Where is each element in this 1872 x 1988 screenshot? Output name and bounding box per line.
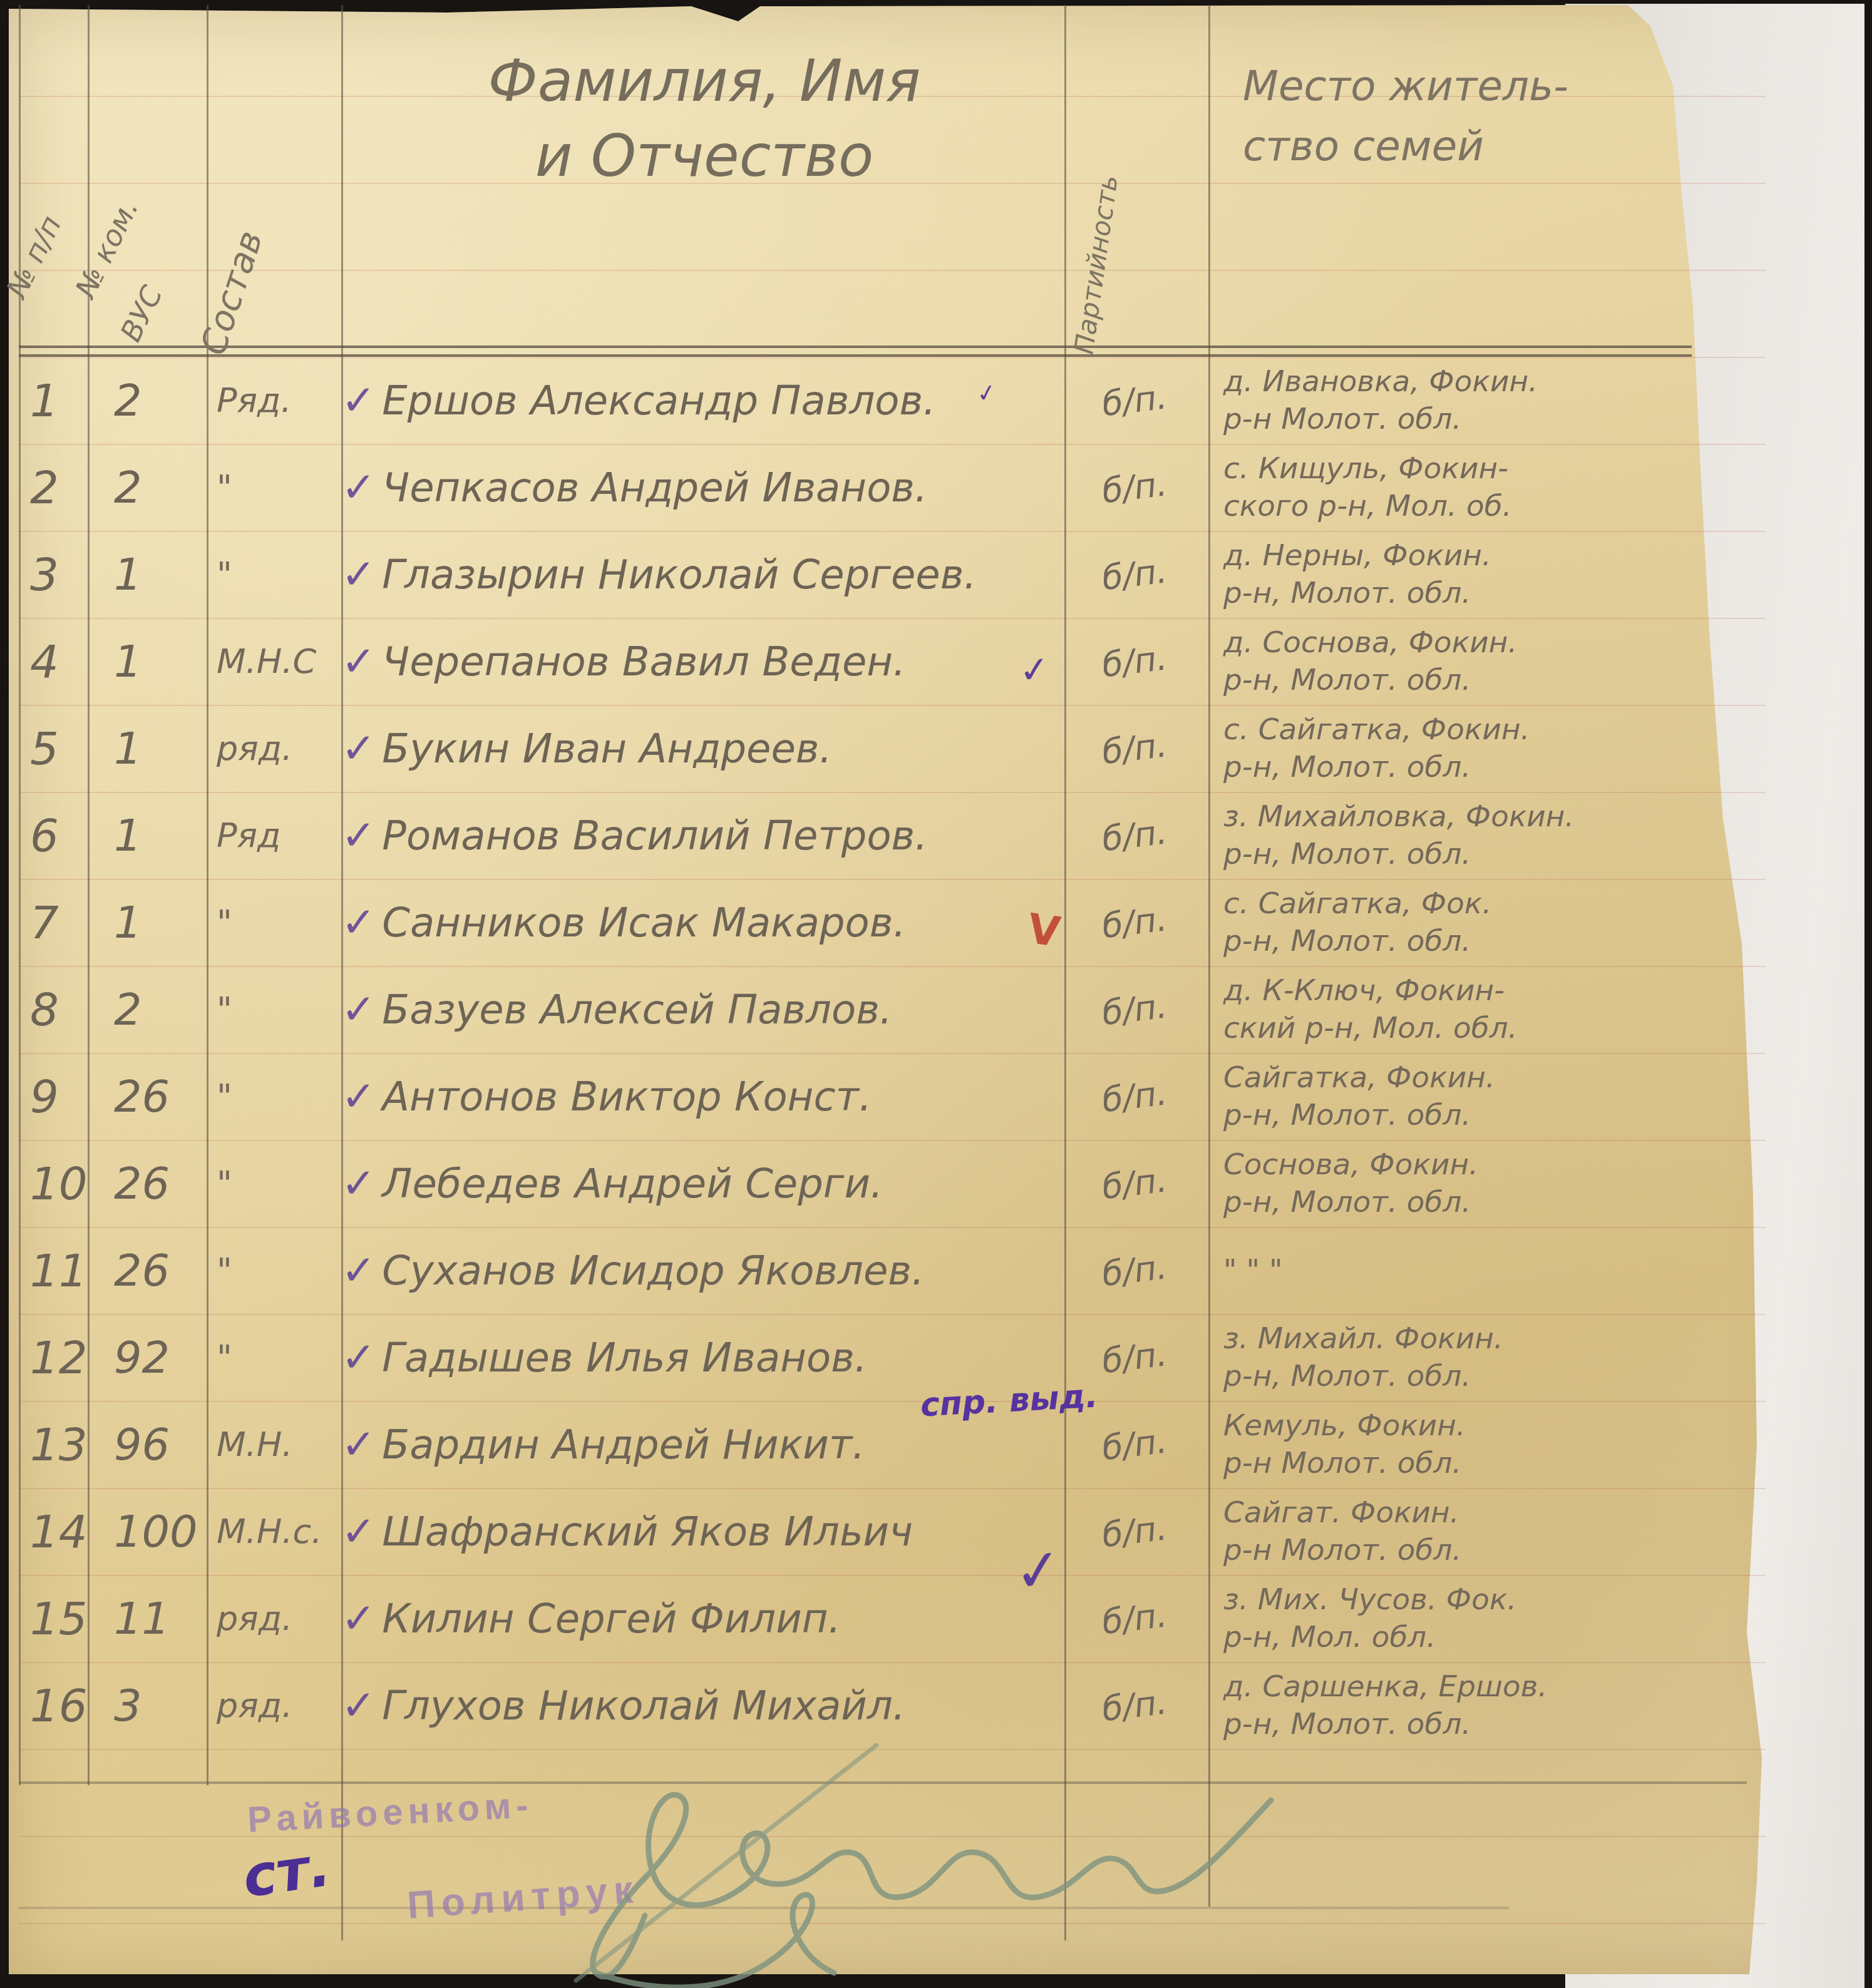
row-number: 11 [19,1244,88,1297]
ruled-line [19,270,1766,271]
vus-number: 96 [88,1419,207,1470]
row-number: 7 [19,896,88,949]
table-body: 1 2 Ряд. ✓Ершов Александр Павлов. б/п. д… [19,357,1797,1749]
residence-line2: р-н, Молот. обл. [1223,1184,1772,1221]
person-fullname: Букин Иван Андреев. [382,726,832,772]
person-fullname: Лебедев Андрей Серги. [382,1161,883,1207]
residence-cell: д. К-Ключ, Фокин- ский р-н, Мол. обл. [1208,972,1772,1047]
fullname-cell: ✓Романов Василий Петров. [341,811,1064,859]
header-fullname-line2: и Отчество [351,119,1058,194]
person-fullname: Глазырин Николай Сергеев. [382,552,976,598]
residence-cell: с. Сайгатка, Фок. р-н, Молот. обл. [1208,885,1772,960]
rank-category: " [207,1251,341,1290]
party-status: б/п. [1062,1590,1210,1647]
residence-cell: з. Михайловка, Фокин. р-н, Молот. обл. [1208,798,1772,873]
vus-number: 26 [88,1071,207,1122]
table-row: 1 2 Ряд. ✓Ершов Александр Павлов. б/п. д… [19,357,1797,444]
table-row: 6 1 Ряд ✓Романов Василий Петров. б/п. з.… [19,792,1797,879]
table-row: 14 100 М.Н.с. ✓Шафранский Яков Ильич б/п… [19,1488,1797,1575]
row-number: 6 [19,809,88,862]
checkmark-icon: ✓ [341,1507,376,1555]
checkmark-icon: ✓ [341,724,376,772]
row-number: 3 [19,548,88,601]
header-residence-line2: ство семей [1243,116,1719,177]
residence-line2: ского р-н, Мол. об. [1223,488,1772,525]
vus-number: 26 [88,1158,207,1209]
rank-category: " [207,1077,341,1116]
person-fullname: Базуев Алексей Павлов. [382,987,892,1033]
residence-line1: с. Кищуль, Фокин- [1223,450,1772,488]
party-status: б/п. [1062,1155,1210,1212]
residence-line2: р-н, Молот. обл. [1223,749,1772,786]
person-fullname: Чепкасов Андрей Иванов. [382,465,927,511]
person-fullname: Шафранский Яков Ильич [382,1509,913,1555]
fullname-cell: ✓Бардин Андрей Никит. [341,1420,1064,1468]
row-number: 13 [19,1418,88,1471]
person-fullname: Килин Сергей Филип. [382,1596,841,1642]
row-number: 8 [19,983,88,1036]
fullname-cell: ✓Глухов Николай Михайл. [341,1681,1064,1729]
vus-number: 2 [88,462,207,513]
checkmark-icon: ✓ [341,811,376,859]
table-row: 7 1 " ✓Санников Исак Макаров. б/п. с. Са… [19,879,1797,966]
checkmark-icon: ✓ [341,637,376,685]
vus-number: 2 [88,984,207,1035]
vus-number: 3 [88,1680,207,1731]
rank-category: " [207,555,341,594]
residence-line2: р-н, Молот. обл. [1223,575,1772,612]
header-col-fullname: Фамилия, Имя и Отчество [351,44,1058,194]
residence-line1: Сайгатка, Фокин. [1223,1059,1772,1097]
checkmark-icon: ✓ [341,463,376,511]
handwritten-st-prefix: ст. [239,1833,334,1910]
vus-number: 92 [88,1332,207,1383]
row-number: 5 [19,722,88,775]
header-residence-line1: Место житель- [1243,56,1719,116]
rank-category: Ряд. [207,381,341,420]
rank-category: ряд. [207,1599,341,1638]
row-number: 16 [19,1679,88,1732]
party-status: б/п. [1062,1068,1210,1125]
table-row: 15 11 ряд. ✓Килин Сергей Филип. б/п. з. … [19,1575,1797,1662]
fullname-cell: ✓Лебедев Андрей Серги. [341,1159,1064,1207]
party-status: б/п. [1062,1503,1210,1560]
checkmark-icon: ✓ [341,1159,376,1207]
residence-cell: з. Михайл. Фокин. р-н, Молот. обл. [1208,1320,1772,1395]
fullname-cell: ✓Букин Иван Андреев. [341,724,1064,772]
residence-line2: ский р-н, Мол. обл. [1223,1010,1772,1047]
rank-category: " [207,468,341,507]
residence-cell: Сайгат. Фокин. р-н Молот. обл. [1208,1494,1772,1569]
rank-category: ряд. [207,729,341,768]
residence-line1: с. Сайгатка, Фокин. [1223,711,1772,749]
vus-number: 26 [88,1245,207,1296]
residence-cell: Соснова, Фокин. р-н, Молот. обл. [1208,1146,1772,1221]
fullname-cell: ✓Шафранский Яков Ильич [341,1507,1064,1555]
table-row: 12 92 " ✓Гадышев Илья Иванов. б/п. з. Ми… [19,1314,1797,1401]
checkmark-icon: ✓ [341,376,376,424]
residence-line1: с. Сайгатка, Фок. [1223,885,1772,923]
checkmark-icon: ✓ [341,1420,376,1468]
rank-category: " [207,1338,341,1377]
signature-scrawl: Кузин (подпись) [551,1728,1365,1988]
residence-cell: " " " [1208,1252,1772,1289]
person-fullname: Черепанов Вавил Веден. [382,639,905,685]
person-fullname: Суханов Исидор Яковлев. [382,1248,924,1294]
checkmark-icon: ✓ [341,898,376,946]
person-fullname: Бардин Андрей Никит. [382,1422,865,1468]
person-fullname: Санников Исак Макаров. [382,900,906,946]
table-row: 13 96 М.Н. ✓Бардин Андрей Никит. б/п. Ке… [19,1401,1797,1488]
person-fullname: Гадышев Илья Иванов. [382,1335,867,1381]
party-status: б/п. [1062,720,1210,777]
vus-number: 11 [88,1593,207,1644]
rank-category: " [207,1164,341,1203]
residence-line1: Сайгат. Фокин. [1223,1494,1772,1532]
vus-number: 100 [88,1506,207,1557]
fullname-cell: ✓Килин Сергей Филип. [341,1594,1064,1642]
rank-category: ряд. [207,1686,341,1725]
person-fullname: Глухов Николай Михайл. [382,1683,905,1729]
table-row: 4 1 М.Н.С ✓Черепанов Вавил Веден. б/п. д… [19,618,1797,705]
residence-line1: д. Нерны, Фокин. [1223,537,1772,575]
checkmark-icon: ✓ [341,1072,376,1120]
residence-line1: " " " [1223,1252,1772,1289]
vus-number: 1 [88,810,207,861]
rank-category: М.Н. [207,1425,341,1464]
fullname-cell: ✓Санников Исак Макаров. [341,898,1064,946]
table-row: 3 1 " ✓Глазырин Николай Сергеев. б/п. д.… [19,531,1797,618]
rank-category: М.Н.с. [207,1512,341,1551]
fullname-cell: ✓Суханов Исидор Яковлев. [341,1246,1064,1294]
checkmark-icon: ✓ [341,985,376,1033]
residence-line1: Соснова, Фокин. [1223,1146,1772,1184]
checkmark-icon: ✓ [341,1246,376,1294]
residence-line2: р-н, Молот. обл. [1223,1097,1772,1134]
residence-cell: Сайгатка, Фокин. р-н, Молот. обл. [1208,1059,1772,1134]
table-row: 11 26 " ✓Суханов Исидор Яковлев. б/п. " … [19,1227,1797,1314]
residence-line1: Кемуль, Фокин. [1223,1407,1772,1445]
table-row: 9 26 " ✓Антонов Виктор Конст. б/п. Сайга… [19,1053,1797,1140]
vus-number: 2 [88,375,207,426]
checkmark-icon: ✓ [341,1594,376,1642]
header-separator-top [19,346,1692,348]
residence-cell: с. Кищуль, Фокин- ского р-н, Мол. об. [1208,450,1772,525]
table-row: 5 1 ряд. ✓Букин Иван Андреев. б/п. с. Са… [19,705,1797,792]
residence-line1: д. Саршенка, Ершов. [1223,1668,1772,1706]
residence-line2: р-н, Молот. обл. [1223,662,1772,699]
residence-cell: з. Мих. Чусов. Фок. р-н, Мол. обл. [1208,1581,1772,1656]
row-number: 4 [19,635,88,688]
residence-line1: д. Ивановка, Фокин. [1223,363,1772,401]
rank-category: Ряд [207,816,341,855]
residence-line1: з. Михайл. Фокин. [1223,1320,1772,1358]
residence-cell: д. Ивановка, Фокин. р-н Молот. обл. [1208,363,1772,438]
checkmark-icon: ✓ [341,550,376,598]
table-row: 10 26 " ✓Лебедев Андрей Серги. б/п. Сосн… [19,1140,1797,1227]
person-fullname: Антонов Виктор Конст. [382,1074,872,1120]
fullname-cell: ✓Антонов Виктор Конст. [341,1072,1064,1120]
party-status: б/п. [1062,633,1210,690]
residence-line1: з. Михайловка, Фокин. [1223,798,1772,836]
fullname-cell: ✓Базуев Алексей Павлов. [341,985,1064,1033]
party-status: б/п. [1062,1329,1210,1386]
residence-line1: з. Мих. Чусов. Фок. [1223,1581,1772,1619]
party-status: б/п. [1062,1677,1210,1734]
header-col-residence: Место житель- ство семей [1243,56,1719,177]
row-number: 2 [19,461,88,514]
table-row: 2 2 " ✓Чепкасов Андрей Иванов. б/п. с. К… [19,444,1797,531]
rank-category: " [207,990,341,1029]
fullname-cell: ✓Чепкасов Андрей Иванов. [341,463,1064,511]
person-fullname: Ершов Александр Павлов. [382,378,935,424]
rank-category: М.Н.С [207,642,341,681]
residence-cell: с. Сайгатка, Фокин. р-н, Молот. обл. [1208,711,1772,786]
row-number: 12 [19,1331,88,1384]
party-status: б/п. [1062,894,1210,951]
checkmark-icon: ✓ [341,1681,376,1729]
residence-line2: р-н Молот. обл. [1223,1445,1772,1482]
person-fullname: Романов Василий Петров. [382,813,927,859]
party-status: б/п. [1062,459,1210,516]
checkmark-icon: ✓ [341,1333,376,1381]
vus-number: 1 [88,897,207,948]
vus-number: 1 [88,636,207,687]
residence-line2: р-н Молот. обл. [1223,1532,1772,1569]
party-status: б/п. [1062,372,1210,429]
residence-line2: р-н, Молот. обл. [1223,923,1772,960]
rank-category: " [207,903,341,942]
row-number: 1 [19,374,88,427]
party-status: б/п. [1062,546,1210,603]
fullname-cell: ✓Ершов Александр Павлов. [341,376,1064,424]
residence-cell: д. Нерны, Фокин. р-н, Молот. обл. [1208,537,1772,612]
fullname-cell: ✓Черепанов Вавил Веден. [341,637,1064,685]
vus-number: 1 [88,723,207,774]
scanned-document-page: № п/п № ком. ВУС Состав Фамилия, Имя и О… [0,0,1872,1988]
party-status: б/п. [1062,981,1210,1038]
fullname-cell: ✓Гадышев Илья Иванов. [341,1333,1064,1381]
party-status: б/п. [1062,807,1210,864]
row-number: 9 [19,1070,88,1123]
residence-line2: р-н Молот. обл. [1223,401,1772,438]
party-status: б/п. [1062,1242,1210,1299]
residence-line1: д. Соснова, Фокин. [1223,624,1772,662]
residence-line2: р-н, Молот. обл. [1223,1358,1772,1395]
table-row: 8 2 " ✓Базуев Алексей Павлов. б/п. д. К-… [19,966,1797,1053]
party-status: б/п. [1062,1416,1210,1473]
residence-line2: р-н, Мол. обл. [1223,1619,1772,1656]
residence-line1: д. К-Ключ, Фокин- [1223,972,1772,1010]
row-number: 15 [19,1592,88,1645]
row-number: 14 [19,1505,88,1558]
residence-cell: д. Соснова, Фокин. р-н, Молот. обл. [1208,624,1772,699]
residence-cell: Кемуль, Фокин. р-н Молот. обл. [1208,1407,1772,1482]
fullname-cell: ✓Глазырин Николай Сергеев. [341,550,1064,598]
header-fullname-line1: Фамилия, Имя [351,44,1058,119]
row-number: 10 [19,1157,88,1210]
residence-line2: р-н, Молот. обл. [1223,836,1772,873]
vus-number: 1 [88,549,207,600]
